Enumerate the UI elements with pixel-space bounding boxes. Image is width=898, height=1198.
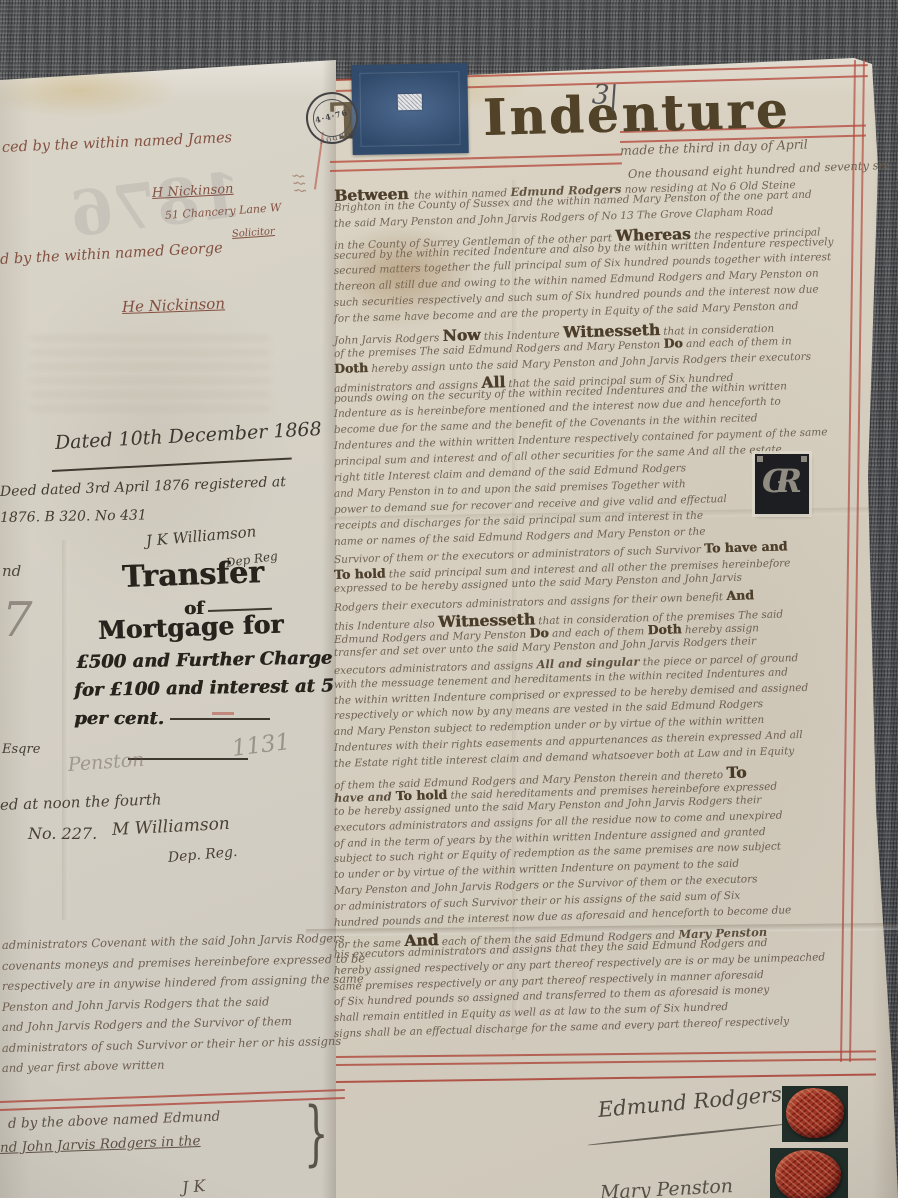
pencil-lot-mark: 3| xyxy=(591,79,619,112)
deed-body-text: Between the within named Edmund Rodgers … xyxy=(334,186,874,1044)
ink-smudge xyxy=(340,228,470,314)
text-fragment: nd xyxy=(2,562,21,580)
monogram-cipher: GR xyxy=(762,462,788,500)
tiny-red-mark xyxy=(212,712,234,715)
docket-title: per cent. xyxy=(74,708,164,729)
witness-signature: He Nickinson xyxy=(122,294,226,316)
gothic-emphasis: And xyxy=(726,587,754,603)
gothic-emphasis: To have and xyxy=(704,539,788,556)
pencil-figure: 7 xyxy=(2,592,33,648)
gothic-emphasis: Do xyxy=(529,625,549,641)
script-text: hereby assign xyxy=(681,622,759,636)
gothic-emphasis: Do xyxy=(663,335,683,351)
underline-stroke xyxy=(170,718,270,720)
wax-seal-icon xyxy=(775,1150,841,1198)
photo-of-deed: This Indenture made the third in day of … xyxy=(0,0,898,1198)
registration-number: No. 227. xyxy=(28,824,97,843)
ink-smudge xyxy=(30,330,270,410)
docket-esquire: Esqre xyxy=(2,742,40,757)
gothic-emphasis: To hold xyxy=(334,566,386,582)
gothic-emphasis: All and singular xyxy=(536,654,639,671)
wax-seal-icon xyxy=(786,1088,844,1138)
fold-crease xyxy=(62,540,69,920)
signature-fragment: J K xyxy=(181,1176,206,1197)
revenue-stamp-icon: GR xyxy=(755,454,809,514)
wax-seal xyxy=(770,1148,848,1198)
gothic-emphasis: Doth xyxy=(334,360,368,376)
covenant-text: administrators Covenant with the said Jo… xyxy=(2,938,336,1082)
foil-fleck xyxy=(398,94,422,110)
gothic-emphasis: have and xyxy=(334,789,396,805)
docket-title: Transfer xyxy=(121,555,264,595)
stamp-corner-ornament xyxy=(801,456,807,462)
registration-note: 1876. B 320. No 431 xyxy=(0,507,147,526)
blue-tape-patch xyxy=(351,63,469,155)
attestation-brace: } xyxy=(304,1092,329,1174)
underline-stroke xyxy=(128,758,248,760)
gothic-emphasis: Doth xyxy=(647,621,681,637)
vertical-ink-marks: ⌇⌇⌇ xyxy=(288,170,309,194)
wax-seal xyxy=(782,1086,848,1142)
gothic-emphasis: To hold xyxy=(395,787,447,803)
stamp-corner-ornament xyxy=(757,456,763,462)
docket-title: £500 and Further Charge xyxy=(76,648,333,673)
